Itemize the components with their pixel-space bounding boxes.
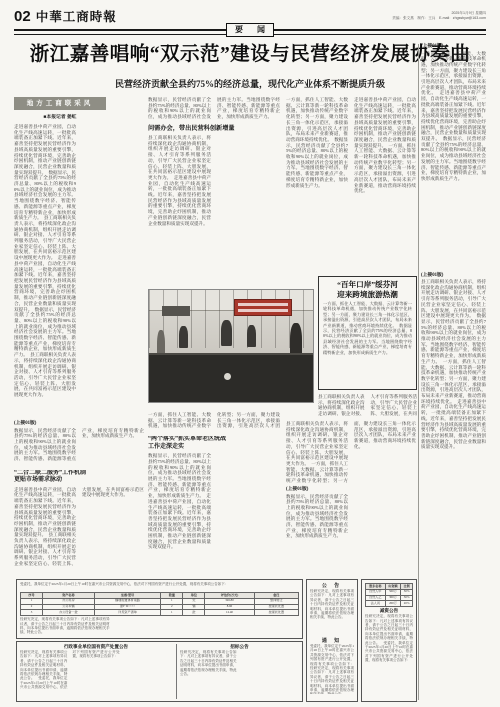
crosshead-2: “二合二联二服务”工作机制 更贴市场需求脉动	[14, 470, 144, 485]
editor-line: 责编：张文燕 制作：王兵 E-mail：zhgssbyw@163.com	[286, 16, 486, 21]
paper-name: 中華工商時報	[36, 10, 117, 24]
boxed-article-title: “百年口岸”绥芬河 迎来跨境旅游热潮	[323, 280, 412, 299]
continued-article-right: 县工商联相关负责人表示，将持续深化政企沟通协商机制，组织开展走访调研、银企对接、…	[286, 421, 416, 576]
photo-booth-counter	[149, 353, 313, 402]
body-columns-3-4-bottom: 县工商联相关负责人表示，将持续深化政企沟通协商机制，组织开展走访调研、银企对接、…	[148, 135, 280, 286]
notice-box-d: 行政事业单位国有资产处置公告 经研究决定，现将有关事项公告如下：凡对上述事项有异…	[16, 641, 303, 702]
notice-text: 经研究决定，现将有关事项公告如下：凡对上述事项有异议者，请于公告之日起三十日内持…	[20, 650, 172, 698]
continued-article-middle: 一方面，抓住人工智能、大数据、云计算等新一轮科技革命机遇，加快推动传统产业数字化…	[148, 412, 280, 576]
jump-column: (上接01版) 一方面，抓住人工智能、大数据、云计算等新一轮科技革命机遇，加快推…	[421, 44, 486, 700]
body-column-6: 走进嘉善县中荷产业园，自动化生产线高速运转，一批批高端装备正加紧下线。近年来，嘉…	[354, 97, 416, 273]
masthead: 02 中華工商時報	[14, 9, 117, 24]
body-under-box: 县工商联相关负责人表示，将持续深化政企沟通协商机制，组织开展走访调研、银企对接、…	[318, 394, 417, 417]
notice-intro: 受委托，我单位定于2025年1月20日上午10时在嘉兴市公共资源交易中心，依法对…	[20, 582, 299, 591]
crosshead-1: 问需办会，带出民营科创新增量	[148, 124, 280, 133]
body-text: 一方面，抓住人工智能、大数据、云计算等新一轮科技革命机遇，加快推动传统产业数字化…	[421, 51, 486, 273]
continued-article-left: (上接01版) 数据显示，民营经济贡献了全县约75%的经济总量、80%以上的税收…	[14, 421, 144, 576]
notice-table-assets: 序号资产名称坐落/型号数量单位评估价(万元)备注1办公用房魏塘街道体育南路1处3…	[20, 592, 299, 616]
masthead-meta: 2025年1月9日 星期四 责编：张文燕 制作：王兵 E-mail：zhgssb…	[286, 11, 486, 21]
notice-text: 经研究决定，现将有关事项公告如下：凡对上述事项有异议者，请于公告之日起三十日内持…	[310, 589, 354, 637]
reporter-byline: ■本报记者 姜虹	[14, 113, 106, 120]
crosshead-3: “两个落实”抓实革命老区统战 工作走深走实	[148, 436, 280, 451]
notice-title: 通 知	[310, 637, 354, 644]
body-text: 走进嘉善县中荷产业园，自动化生产线高速运转，一批批高端装备正加紧下线。近年来，嘉…	[14, 487, 144, 575]
page-number: 02	[14, 9, 31, 24]
photo-red-banner	[234, 299, 292, 316]
sub-headline: 民营经济贡献全县约75%的经济总量，现代化产业体系不断提质升级	[14, 77, 486, 90]
person-silhouette	[221, 320, 232, 346]
notice-outro: 经研究决定，现将有关事项公告如下：凡对上述事项有异议者，请于公告之日起三十日内持…	[20, 617, 299, 635]
body-text: 一方面，抓住人工智能、大数据、云计算等新一轮科技革命机遇，加快推动传统产业数字化…	[148, 412, 280, 434]
body-text: 县工商联相关负责人表示，将持续深化政企沟通协商机制，组织开展走访调研、银企对接、…	[286, 421, 416, 487]
person-silhouette	[247, 325, 256, 347]
column-divider-line	[418, 44, 419, 700]
notice-section-disposal: 行政事业单位国有资产处置公告 经研究决定，现将有关事项公告如下：凡对上述事项有异…	[20, 644, 172, 699]
photo-dark-sign	[162, 306, 190, 316]
exhibition-photo	[148, 289, 314, 403]
notice-section-tender: 招标公告 经研究决定，现将有关事项公告如下：凡对上述事项有异议者，请于公告之日起…	[176, 644, 299, 699]
notice-table-shareholders: 股东名称出资额比例自然人甲500万50%自然人乙300万30%法人丙200万20…	[365, 583, 413, 607]
boxed-article-body: 一方面，抓住人工智能、大数据、云计算等新一轮科技革命机遇，加快推动传统产业数字化…	[323, 301, 412, 383]
notice-text: 经研究决定，现将有关事项公告如下：凡对上述事项有异议者，请于公告之日起三十日内持…	[365, 614, 413, 692]
column-flag-box: 地方工商联采风	[14, 97, 106, 110]
body-columns-1-2: 走进嘉善县中荷产业园，自动化生产线高速运转，一批批高端装备正加紧下线。近年来，嘉…	[14, 124, 144, 419]
body-text: 县工商联相关负责人表示，将持续深化政企沟通协商机制，组织开展走访调研、银企对接、…	[421, 279, 486, 693]
newspaper-page: 02 中華工商時報 2025年1月9日 星期四 责编：张文燕 制作：王兵 E-m…	[0, 0, 500, 707]
body-column-5: 一方面，抓住人工智能、大数据、云计算等新一轮科技革命机遇，加快推动传统产业数字化…	[286, 97, 348, 286]
notice-text: 受委托，我单位定于2025年1月20日上午10时在嘉兴市公共资源交易中心，依法对…	[310, 644, 354, 694]
body-text: 数据显示，民营经济贡献了全县约75%的经济总量、80%以上的税收和90%以上的就…	[14, 428, 144, 468]
person-silhouette	[179, 326, 188, 348]
booth-logo-dot	[224, 373, 231, 380]
body-text: 数据显示，民营经济贡献了全县约75%的经济总量、80%以上的税收和90%以上的就…	[148, 453, 280, 571]
body-columns-3-4-top: 数据显示，民营经济贡献了全县约75%的经济总量、80%以上的税收和90%以上的就…	[148, 97, 280, 122]
body-text: 数据显示，民营经济贡献了全县约75%的经济总量、80%以上的税收和90%以上的就…	[286, 494, 416, 570]
notice-box-b1: 公 告 经研究决定，现将有关事项公告如下：凡对上述事项有异议者，请于公告之日起三…	[306, 579, 358, 702]
boxed-article: “百年口岸”绥芬河 迎来跨境旅游热潮 一方面，抓住人工智能、大数据、云计算等新一…	[318, 276, 417, 390]
notice-title: 公 告	[310, 582, 354, 589]
notice-text: 经研究决定，现将有关事项公告如下：凡对上述事项有异议者，请于公告之日起三十日内持…	[180, 650, 299, 698]
notice-box-a: 受委托，我单位定于2025年1月20日上午10时在嘉兴市公共资源交易中心，依法对…	[16, 579, 303, 639]
section-badge: 要 闻	[226, 23, 274, 37]
notice-box-b2: 股东名称出资额比例自然人甲500万50%自然人乙300万30%法人丙200万20…	[361, 579, 417, 702]
